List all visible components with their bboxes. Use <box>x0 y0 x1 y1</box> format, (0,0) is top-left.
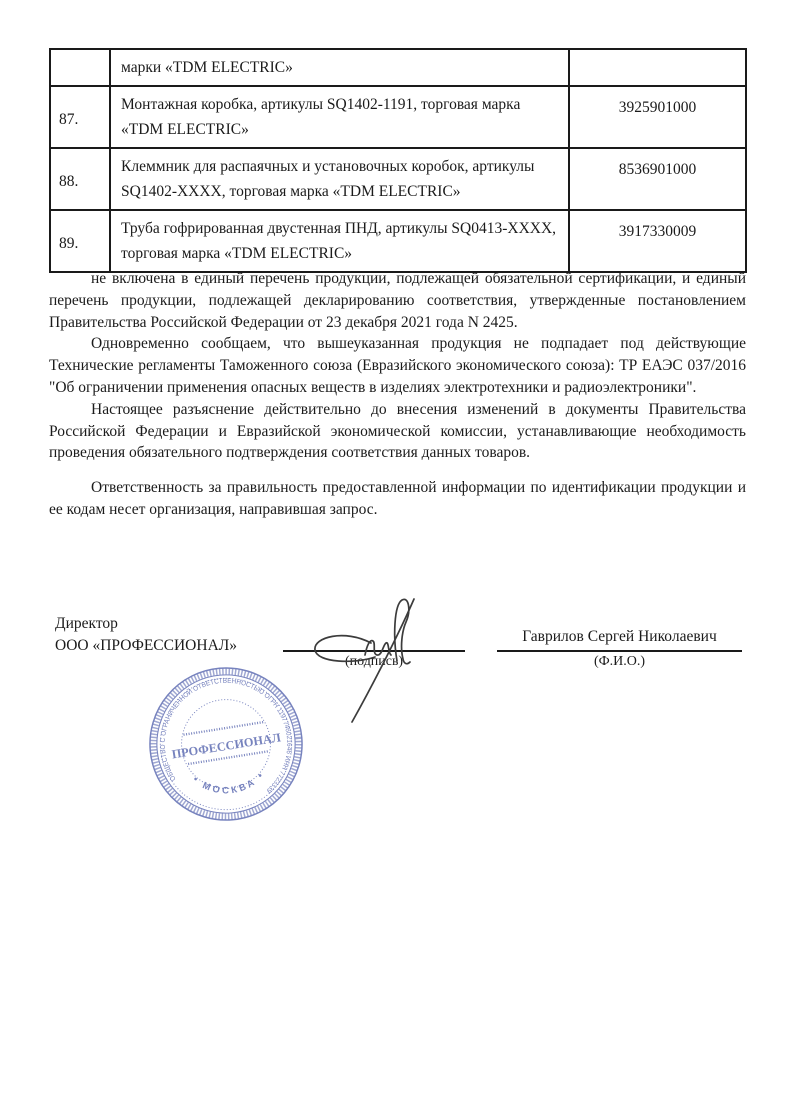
paragraph-regulations: Одновременно сообщаем, что вышеуказанная… <box>49 333 746 398</box>
name-caption: (Ф.И.О.) <box>497 654 742 670</box>
paragraph-validity: Настоящее разъяснение действительно до в… <box>49 399 746 464</box>
row-number-cell <box>50 49 110 86</box>
row-description-cell: марки «TDM ELECTRIC» <box>110 49 569 86</box>
table-row: 89. Труба гофрированная двустенная ПНД, … <box>50 210 746 272</box>
signer-position: Директор ООО «ПРОФЕССИОНАЛ» <box>55 613 237 657</box>
svg-text:• МОСКВА •: • МОСКВА • <box>190 768 268 799</box>
row-code-cell: 8536901000 <box>569 148 746 210</box>
row-code-cell <box>569 49 746 86</box>
paragraph-responsibility: Ответственность за правильность предоста… <box>49 477 746 521</box>
row-code-cell: 3917330009 <box>569 210 746 272</box>
row-description-cell: Клеммник для распаячных и установочных к… <box>110 148 569 210</box>
signer-name: Гаврилов Сергей Николаевич <box>497 628 742 646</box>
stamp-hatch-bar-top <box>184 722 264 735</box>
body-text: не включена в единый перечень продукции,… <box>49 268 746 521</box>
signer-title: Директор <box>55 613 237 635</box>
name-line <box>497 650 742 652</box>
row-description-cell: Труба гофрированная двустенная ПНД, арти… <box>110 210 569 272</box>
row-number-cell: 88. <box>50 148 110 210</box>
row-number-cell: 89. <box>50 210 110 272</box>
handwritten-signature <box>275 585 475 730</box>
product-table: марки «TDM ELECTRIC» 87. Монтажная короб… <box>49 48 747 273</box>
row-code-cell: 3925901000 <box>569 86 746 148</box>
stamp-city-text: • МОСКВА • <box>190 768 268 799</box>
row-number-cell: 87. <box>50 86 110 148</box>
company-stamp: ОБЩЕСТВО С ОГРАНИЧЕННОЙ ОТВЕТСТВЕННОСТЬЮ… <box>147 665 305 823</box>
paragraph-certification: не включена в единый перечень продукции,… <box>49 268 746 333</box>
table-row: 87. Монтажная коробка, артикулы SQ1402-1… <box>50 86 746 148</box>
document-page: марки «TDM ELECTRIC» 87. Монтажная короб… <box>0 0 792 1120</box>
row-description-cell: Монтажная коробка, артикулы SQ1402-1191,… <box>110 86 569 148</box>
signer-company: ООО «ПРОФЕССИОНАЛ» <box>55 635 237 657</box>
table-row: марки «TDM ELECTRIC» <box>50 49 746 86</box>
table-row: 88. Клеммник для распаячных и установочн… <box>50 148 746 210</box>
